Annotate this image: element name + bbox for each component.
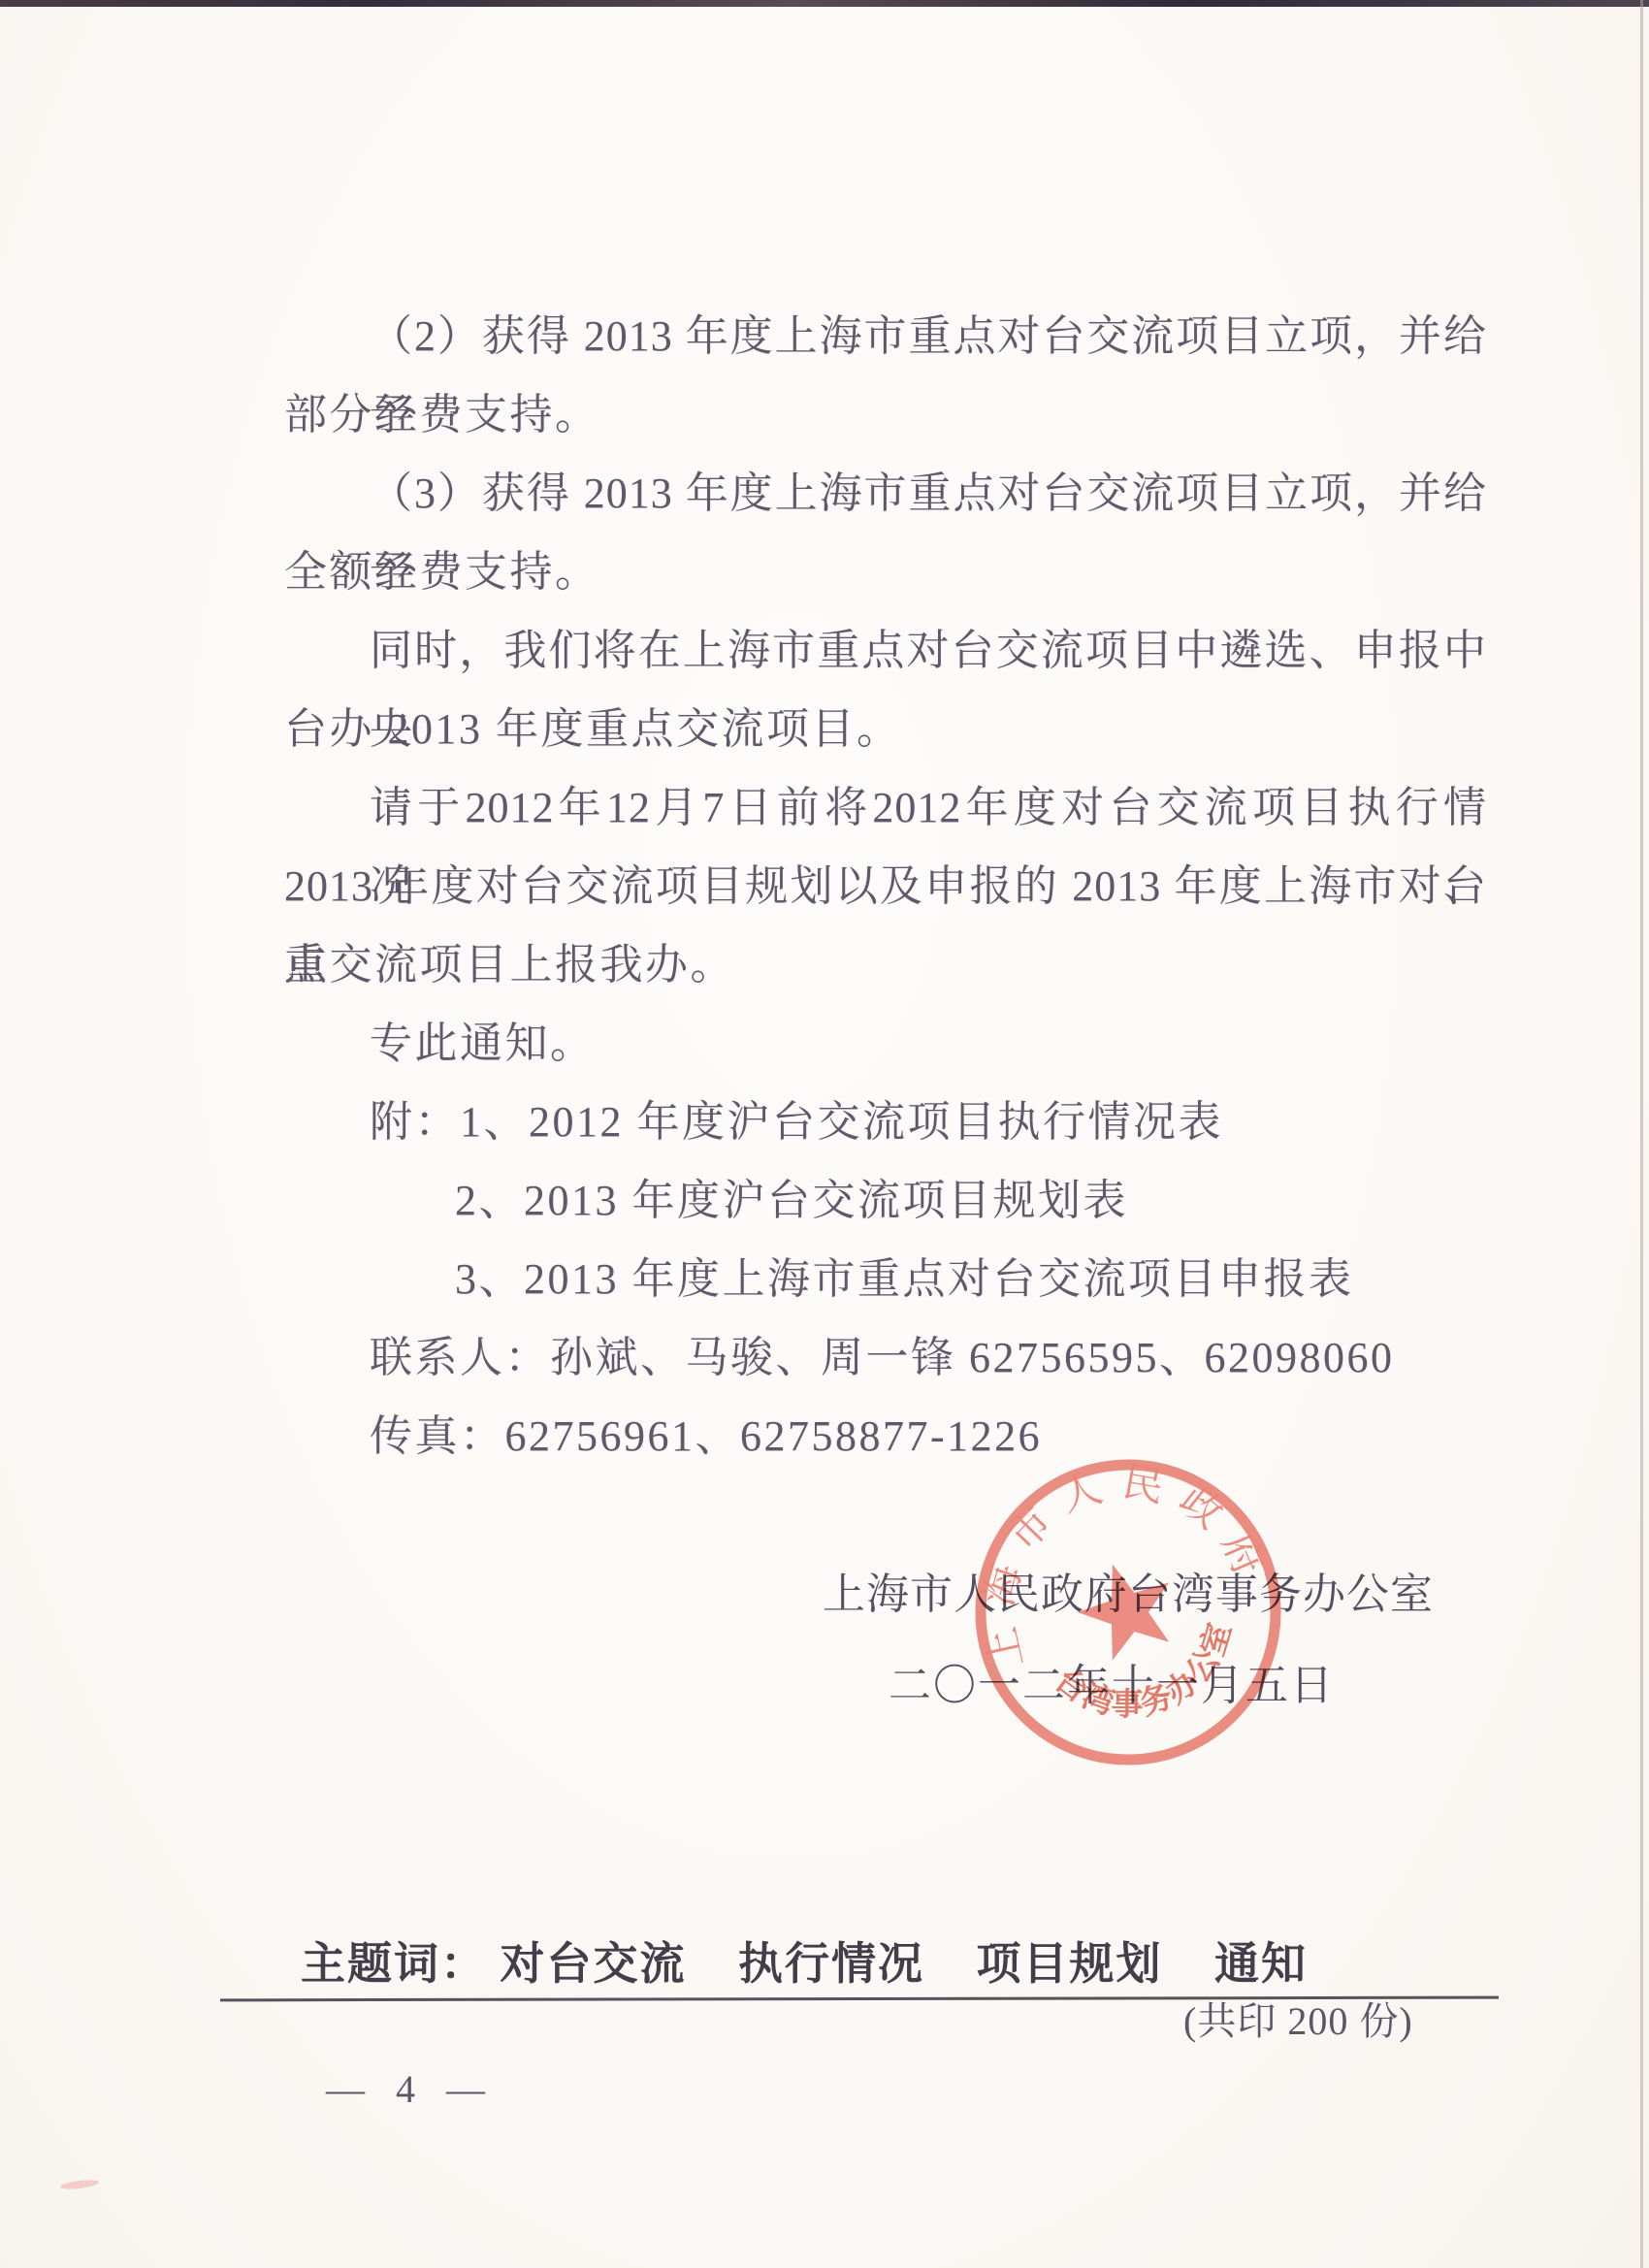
subject-keyword: 对台交流 [501, 1939, 687, 1989]
body-line: 请于2012年12月7日前将2012年度对台交流项目执行情况、 [284, 768, 1487, 847]
official-seal: 上海市人民政府 台湾事务办公室 [963, 1447, 1293, 1777]
attachment-line: 2、2013 年度沪台交流项目规划表 [284, 1161, 1487, 1240]
attachment-line: 附：1、2012 年度沪台交流项目执行情况表 [284, 1083, 1487, 1161]
body-line: （3）获得 2013 年度上海市重点对台交流项目立项，并给予 [284, 454, 1487, 533]
fax-line: 传真：62756961、62758877-1226 [284, 1397, 1487, 1475]
document-page: （2）获得 2013 年度上海市重点对台交流项目立项，并给予 部分经费支持。 （… [0, 0, 1649, 2268]
contact-line: 联系人：孙斌、马骏、周一锋 62756595、62098060 [284, 1318, 1487, 1397]
subject-label: 主题词： [301, 1939, 487, 1989]
subject-keyword: 通知 [1214, 1939, 1308, 1989]
body-line: 点交流项目上报我办。 [284, 925, 1487, 1004]
body-line: （2）获得 2013 年度上海市重点对台交流项目立项，并给予 [284, 297, 1487, 375]
subject-keyword: 项目规划 [977, 1939, 1163, 1989]
ink-smudge [60, 2179, 100, 2191]
notice-body: （2）获得 2013 年度上海市重点对台交流项目立项，并给予 部分经费支持。 （… [284, 297, 1487, 1475]
body-line: 同时，我们将在上海市重点对台交流项目中遴选、申报中央 [284, 611, 1487, 690]
scan-edge-right [1640, 0, 1643, 2268]
subject-keywords-row: 主题词： 对台交流 执行情况 项目规划 通知 [301, 1937, 1308, 1991]
attachment-line: 3、2013 年度上海市重点对台交流项目申报表 [284, 1240, 1487, 1318]
body-line: 台办 2013 年度重点交流项目。 [284, 690, 1487, 768]
scan-edge-top [0, 0, 1649, 7]
subject-keyword: 执行情况 [738, 1939, 924, 1989]
body-line: 2013 年度对台交流项目规划以及申报的 2013 年度上海市对台重 [284, 847, 1487, 925]
body-line: 全额经费支持。 [284, 533, 1487, 611]
print-count: (共印 200 份) [1183, 2000, 1413, 2043]
star-icon [1067, 1549, 1186, 1666]
body-line: 专此通知。 [284, 1004, 1487, 1083]
page-number: — 4 — [326, 2068, 485, 2111]
body-line: 部分经费支持。 [284, 375, 1487, 454]
